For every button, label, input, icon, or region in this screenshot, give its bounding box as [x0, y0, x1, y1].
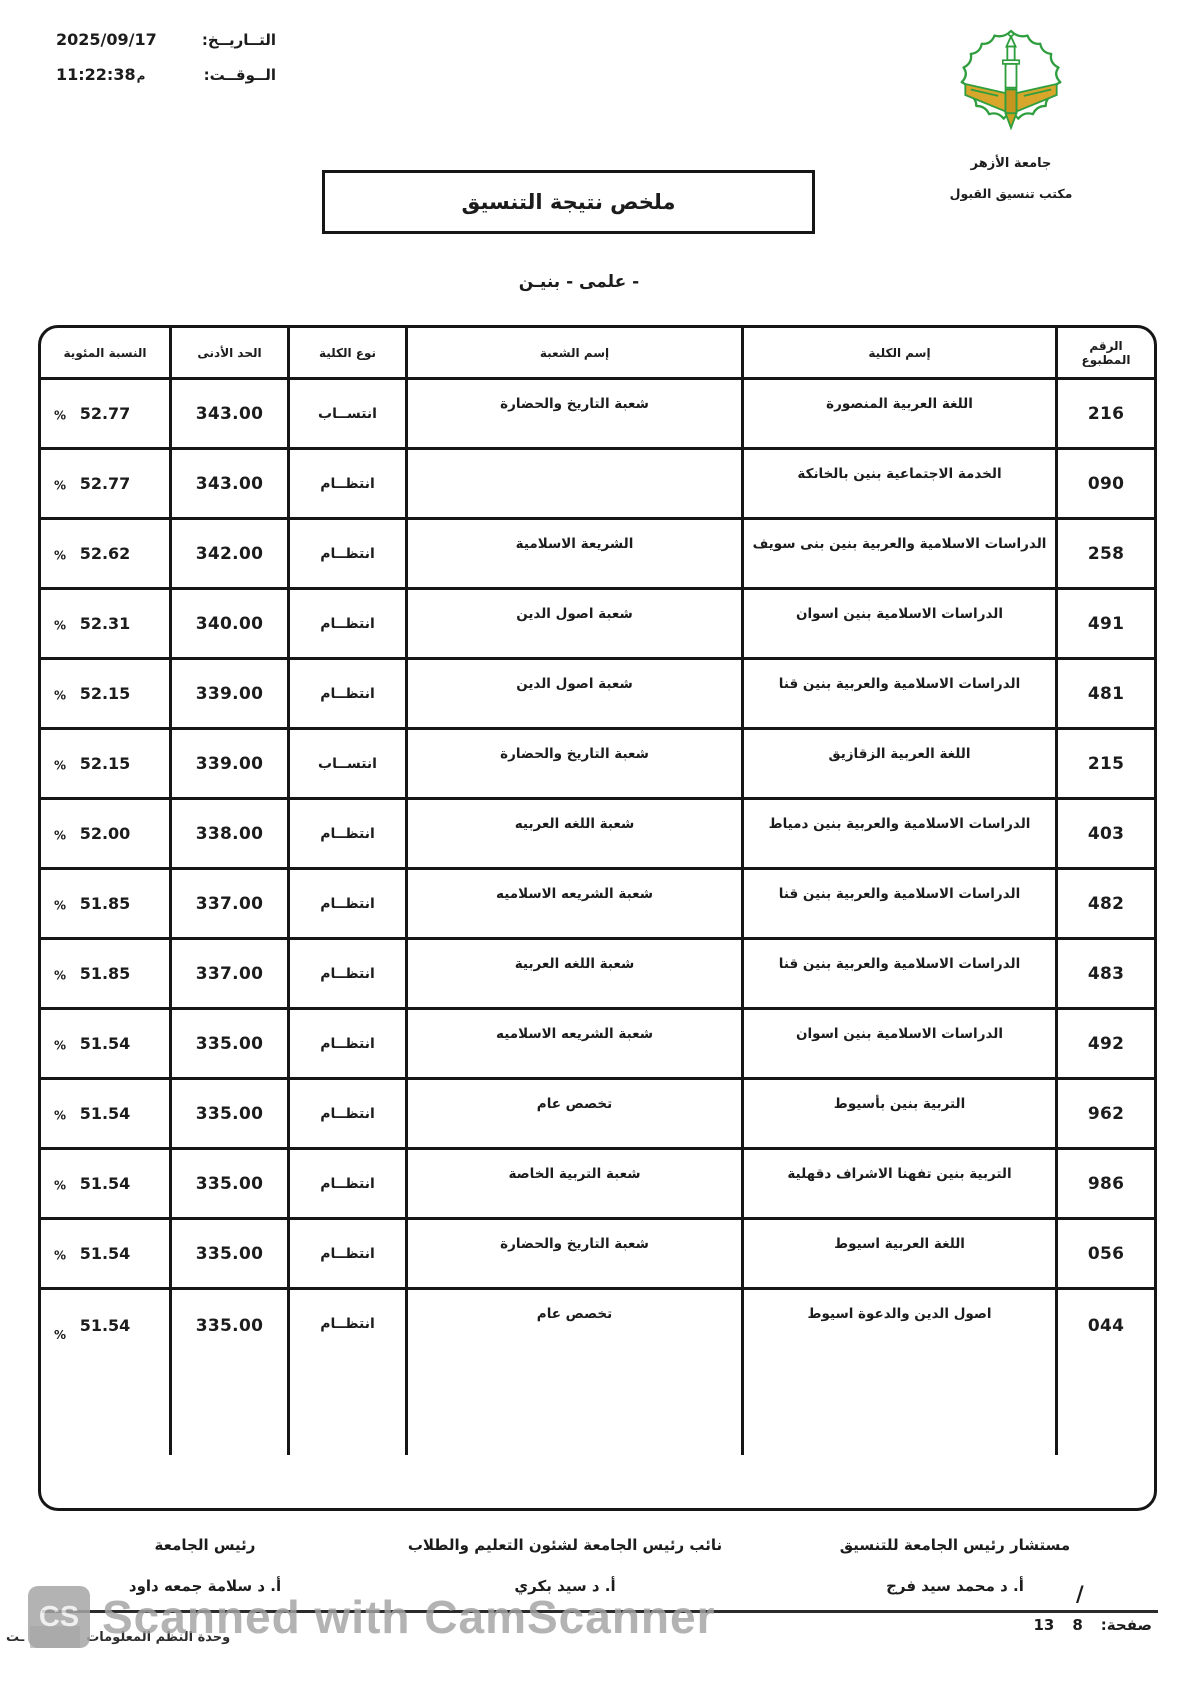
office-name: مكتب تنسيق القبول: [926, 186, 1096, 201]
table-row: % 51.54 335.00 انتظــام شعبة الشريعه الا…: [41, 1010, 1154, 1080]
table-row: % 51.85 337.00 انتظــام شعبة الشريعه الا…: [41, 870, 1154, 940]
cell-college-type: انتظــام: [290, 450, 408, 517]
signature-title: نائب رئيس الجامعة لشئون التعليم والطلاب: [400, 1536, 730, 1554]
cell-college-type: انتظــام: [290, 1290, 408, 1455]
header-minimum: الحد الأدنى: [172, 328, 290, 377]
date-value: 2025/09/17: [56, 30, 157, 49]
cell-minimum-score: 335.00: [172, 1220, 290, 1287]
cell-percentage: % 52.31: [41, 590, 172, 657]
table-row: % 52.15 339.00 انتظــام شعبة اصول الدين …: [41, 660, 1154, 730]
cell-code-number: 962: [1058, 1080, 1154, 1147]
cell-college-name: الدراسات الاسلامية بنين اسوان: [744, 1010, 1058, 1077]
percentage-value: 52.15: [80, 754, 131, 773]
percentage-value: 52.77: [80, 404, 131, 423]
cell-college-name: الدراسات الاسلامية والعربية بنين قنا: [744, 870, 1058, 937]
document-title: ملخص نتيجة التنسيق: [462, 190, 676, 214]
cell-college-name: اصول الدين والدعوة اسيوط: [744, 1290, 1058, 1455]
table-row: % 51.54 335.00 انتظــام شعبة التربية الخ…: [41, 1150, 1154, 1220]
percentage-value: 52.62: [80, 544, 131, 563]
cell-percentage: % 52.00: [41, 800, 172, 867]
cell-minimum-score: 339.00: [172, 660, 290, 727]
percentage-value: 51.54: [80, 1174, 131, 1193]
cell-branch-name: شعبة التاريخ والحضارة: [408, 1220, 744, 1287]
table-row: % 51.54 335.00 انتظــام تخصص عام اصول ال…: [41, 1290, 1154, 1455]
logo-book-left: [965, 84, 1005, 111]
logo-book-right: [1016, 84, 1056, 111]
signature-title: رئيس الجامعة: [40, 1536, 370, 1554]
time-meridiem: م: [137, 69, 146, 83]
time-label: الــوقــت:: [204, 66, 276, 84]
cell-code-number: 483: [1058, 940, 1154, 1007]
percentage-value: 51.54: [80, 1034, 131, 1053]
handwritten-signature-mark: /: [1076, 1582, 1084, 1606]
percent-sign: %: [54, 1178, 66, 1192]
cell-percentage: % 51.54: [41, 1220, 172, 1287]
cell-college-name: الدراسات الاسلامية والعربية بنين قنا: [744, 660, 1058, 727]
cell-code-number: 056: [1058, 1220, 1154, 1287]
percent-sign: %: [54, 968, 66, 982]
cell-college-type: انتظــام: [290, 1150, 408, 1217]
percentage-value: 52.15: [80, 684, 131, 703]
date-label: التــاريــخ:: [202, 31, 276, 49]
table-header-row: النسبة المئوية الحد الأدنى نوع الكلية إس…: [41, 328, 1154, 380]
results-table: النسبة المئوية الحد الأدنى نوع الكلية إس…: [38, 325, 1157, 1511]
cell-college-name: الدراسات الاسلامية بنين اسوان: [744, 590, 1058, 657]
cell-branch-name: شعبة اصول الدين: [408, 590, 744, 657]
header-college-name: إسم الكلية: [744, 328, 1058, 377]
cell-college-type: انتظــام: [290, 520, 408, 587]
table-row: % 52.31 340.00 انتظــام شعبة اصول الدين …: [41, 590, 1154, 660]
cell-college-type: انتظــام: [290, 660, 408, 727]
cell-minimum-score: 335.00: [172, 1150, 290, 1217]
cell-college-type: انتظــام: [290, 590, 408, 657]
page-current: 8: [1072, 1616, 1082, 1634]
percent-sign: %: [54, 1248, 66, 1262]
camscanner-logo-icon: CS: [28, 1586, 90, 1648]
signature-title: مستشار رئيس الجامعة للتنسيق: [790, 1536, 1120, 1554]
percentage-value: 51.85: [80, 894, 131, 913]
cell-college-type: انتظــام: [290, 940, 408, 1007]
percent-sign: %: [54, 828, 66, 842]
cell-college-type: انتظــام: [290, 1080, 408, 1147]
table-row: % 52.77 343.00 انتســاب شعبة التاريخ وال…: [41, 380, 1154, 450]
time-digits: 11:22:38: [56, 65, 136, 84]
percentage-value: 52.00: [80, 824, 131, 843]
cell-branch-name: تخصص عام: [408, 1290, 744, 1455]
cell-branch-name: شعبة الشريعه الاسلاميه: [408, 870, 744, 937]
cell-percentage: % 52.62: [41, 520, 172, 587]
cell-minimum-score: 337.00: [172, 870, 290, 937]
cell-minimum-score: 335.00: [172, 1010, 290, 1077]
cell-minimum-score: 335.00: [172, 1080, 290, 1147]
table-row: % 52.62 342.00 انتظــام الشريعة الاسلامي…: [41, 520, 1154, 590]
percent-sign: %: [54, 758, 66, 772]
cell-percentage: % 51.54: [41, 1010, 172, 1077]
camscanner-watermark: Scanned with CamScanner: [102, 1590, 716, 1644]
cell-minimum-score: 342.00: [172, 520, 290, 587]
cell-code-number: 216: [1058, 380, 1154, 447]
table-body: % 52.77 343.00 انتســاب شعبة التاريخ وال…: [41, 380, 1154, 1455]
cell-college-name: اللغة العربية الزقازيق: [744, 730, 1058, 797]
cell-minimum-score: 340.00: [172, 590, 290, 657]
cell-minimum-score: 339.00: [172, 730, 290, 797]
cell-college-name: التربية بنين تفهنا الاشراف دقهلية: [744, 1150, 1058, 1217]
unit-note-tail: ـت: [6, 1630, 24, 1645]
cell-percentage: % 52.15: [41, 660, 172, 727]
table-row: % 52.00 338.00 انتظــام شعبة اللغه العرب…: [41, 800, 1154, 870]
percent-sign: %: [54, 688, 66, 702]
cell-college-name: اللغة العربية المنصورة: [744, 380, 1058, 447]
cell-college-type: انتســاب: [290, 730, 408, 797]
header-code: الرقم المطبوع: [1058, 328, 1154, 377]
percentage-value: 51.54: [80, 1104, 131, 1123]
scanned-document-page: التــاريــخ: 2025/09/17 الــوقــت: 11:22…: [0, 0, 1192, 1684]
cell-code-number: 215: [1058, 730, 1154, 797]
cell-code-number: 492: [1058, 1010, 1154, 1077]
cell-college-type: انتســاب: [290, 380, 408, 447]
cell-code-number: 491: [1058, 590, 1154, 657]
cell-percentage: % 52.77: [41, 450, 172, 517]
cell-code-number: 258: [1058, 520, 1154, 587]
cell-minimum-score: 335.00: [172, 1290, 290, 1455]
document-subtitle: - علمى - بنيـن: [0, 272, 1158, 292]
percentage-value: 51.85: [80, 964, 131, 983]
university-name: جامعة الأزهر: [926, 156, 1096, 171]
percentage-value: 51.54: [80, 1316, 131, 1335]
cell-percentage: % 52.77: [41, 380, 172, 447]
cell-branch-name: تخصص عام: [408, 1080, 744, 1147]
cell-branch-name: شعبة الشريعه الاسلاميه: [408, 1010, 744, 1077]
cell-college-name: الدراسات الاسلامية والعربية بنين بنى سوي…: [744, 520, 1058, 587]
cell-college-type: انتظــام: [290, 1220, 408, 1287]
cell-percentage: % 51.54: [41, 1150, 172, 1217]
cell-code-number: 403: [1058, 800, 1154, 867]
signature-vice-president: نائب رئيس الجامعة لشئون التعليم والطلاب …: [400, 1536, 730, 1595]
page-label: صفحة:: [1101, 1616, 1152, 1634]
cell-minimum-score: 337.00: [172, 940, 290, 1007]
cell-percentage: % 51.85: [41, 870, 172, 937]
cell-code-number: 482: [1058, 870, 1154, 937]
cell-branch-name: [408, 450, 744, 517]
table-row: % 51.54 335.00 انتظــام شعبة التاريخ وال…: [41, 1220, 1154, 1290]
cell-percentage: % 51.54: [41, 1290, 172, 1455]
percent-sign: %: [54, 1038, 66, 1052]
percentage-value: 51.54: [80, 1244, 131, 1263]
header-branch-name: إسم الشعبة: [408, 328, 744, 377]
percent-sign: %: [54, 478, 66, 492]
time-row: الــوقــت: 11:22:38 م: [56, 65, 276, 84]
percent-sign: %: [54, 548, 66, 562]
page-total: 13: [1033, 1616, 1054, 1634]
cell-code-number: 090: [1058, 450, 1154, 517]
percent-sign: %: [54, 1108, 66, 1122]
cell-percentage: % 52.15: [41, 730, 172, 797]
cell-branch-name: الشريعة الاسلامية: [408, 520, 744, 587]
cell-minimum-score: 343.00: [172, 380, 290, 447]
cell-branch-name: شعبة اللغه العربية: [408, 940, 744, 1007]
cell-branch-name: شعبة اصول الدين: [408, 660, 744, 727]
page-number: صفحة: 8 13: [940, 1616, 1152, 1634]
cell-code-number: 044: [1058, 1290, 1154, 1455]
cell-college-type: انتظــام: [290, 1010, 408, 1077]
cell-college-type: انتظــام: [290, 870, 408, 937]
percentage-value: 52.77: [80, 474, 131, 493]
signature-consultant: مستشار رئيس الجامعة للتنسيق أ. د محمد سي…: [790, 1536, 1120, 1595]
al-azhar-university-logo-icon: [958, 129, 1064, 148]
table-row: % 52.15 339.00 انتســاب شعبة التاريخ وال…: [41, 730, 1154, 800]
percent-sign: %: [54, 898, 66, 912]
brand-block: جامعة الأزهر مكتب تنسيق القبول: [926, 24, 1096, 201]
signature-president: رئيس الجامعة أ. د سلامة جمعه داود: [40, 1536, 370, 1595]
cell-minimum-score: 338.00: [172, 800, 290, 867]
cell-college-name: الدراسات الاسلامية والعربية بنين دمياط: [744, 800, 1058, 867]
cell-college-name: اللغة العربية اسيوط: [744, 1220, 1058, 1287]
cell-college-name: التربية بنين بأسيوط: [744, 1080, 1058, 1147]
cell-college-name: الدراسات الاسلامية والعربية بنين قنا: [744, 940, 1058, 1007]
percentage-value: 52.31: [80, 614, 131, 633]
cell-branch-name: شعبة اللغه العربيه: [408, 800, 744, 867]
cell-percentage: % 51.85: [41, 940, 172, 1007]
header-percentage: النسبة المئوية: [41, 328, 172, 377]
percent-sign: %: [54, 408, 66, 422]
cell-branch-name: شعبة التاريخ والحضارة: [408, 730, 744, 797]
cell-branch-name: شعبة التربية الخاصة: [408, 1150, 744, 1217]
table-row: % 52.77 343.00 انتظــام الخدمة الاجتماعي…: [41, 450, 1154, 520]
cell-college-name: الخدمة الاجتماعية بنين بالخانكة: [744, 450, 1058, 517]
percent-sign: %: [54, 1328, 66, 1342]
cell-branch-name: شعبة التاريخ والحضارة: [408, 380, 744, 447]
date-row: التــاريــخ: 2025/09/17: [56, 30, 276, 49]
table-row: % 51.85 337.00 انتظــام شعبة اللغه العرب…: [41, 940, 1154, 1010]
signature-name: أ. د محمد سيد فرج: [790, 1577, 1120, 1595]
table-empty-area: [41, 1455, 1154, 1508]
header-college-type: نوع الكلية: [290, 328, 408, 377]
cell-college-type: انتظــام: [290, 800, 408, 867]
document-title-box: ملخص نتيجة التنسيق: [322, 170, 815, 234]
time-value: 11:22:38 م: [56, 65, 145, 84]
table-row: % 51.54 335.00 انتظــام تخصص عام التربية…: [41, 1080, 1154, 1150]
cell-percentage: % 51.54: [41, 1080, 172, 1147]
datetime-block: التــاريــخ: 2025/09/17 الــوقــت: 11:22…: [56, 30, 276, 100]
percent-sign: %: [54, 618, 66, 632]
cell-code-number: 481: [1058, 660, 1154, 727]
cell-code-number: 986: [1058, 1150, 1154, 1217]
cell-minimum-score: 343.00: [172, 450, 290, 517]
